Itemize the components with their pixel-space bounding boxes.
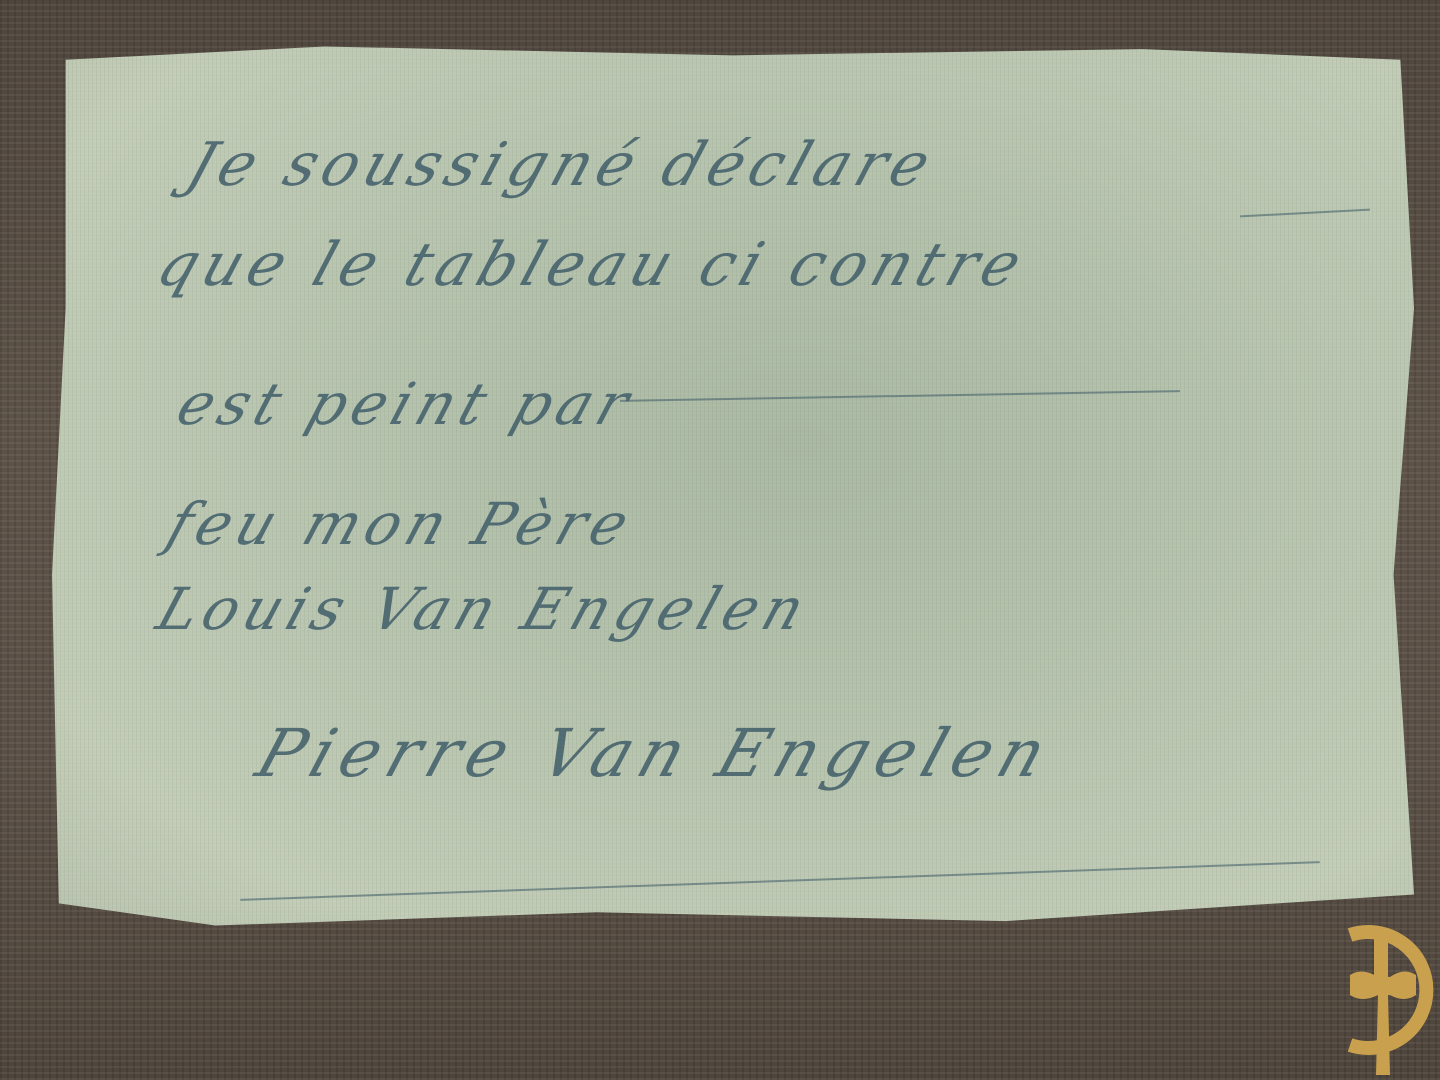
note-line-1: Je soussigné déclare <box>179 130 945 200</box>
gavel-d-monogram-icon <box>1320 915 1440 1075</box>
note-line-4: feu mon Père <box>159 490 643 558</box>
note-line-3: est peint par <box>169 370 643 438</box>
signature: Pierre Van Engelen <box>247 715 1063 792</box>
note-line-2: que le tableau ci contre <box>149 230 1036 300</box>
note-line-5: Louis Van Engelen <box>149 575 819 643</box>
